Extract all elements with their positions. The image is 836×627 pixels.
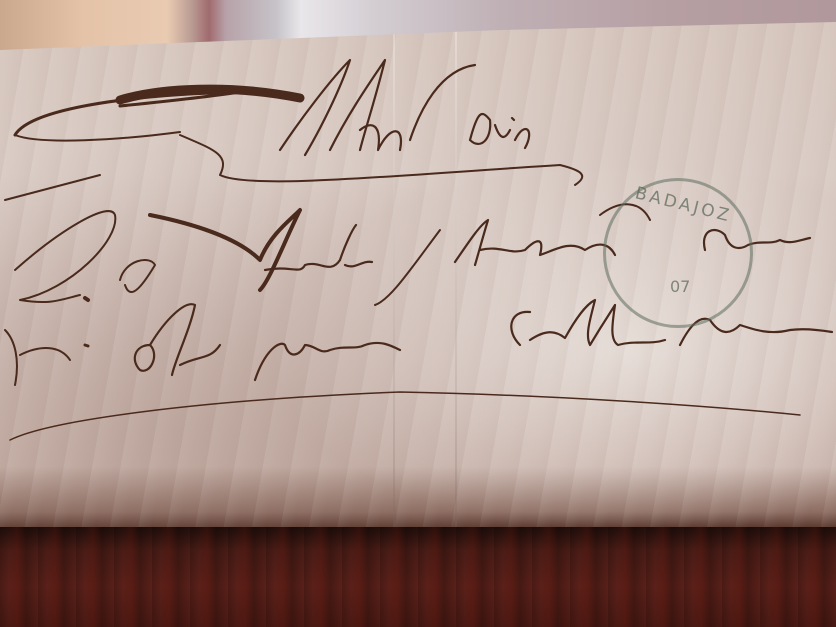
address-line-street: Provr.º del mismo Calle Nueba — [20, 320, 643, 366]
address-line-recipient-name: D. Agustin Fernandez Cura — [100, 220, 650, 266]
address-line-recipient-title: Membrio — [290, 90, 474, 136]
postmark-year: 07 — [670, 277, 690, 296]
